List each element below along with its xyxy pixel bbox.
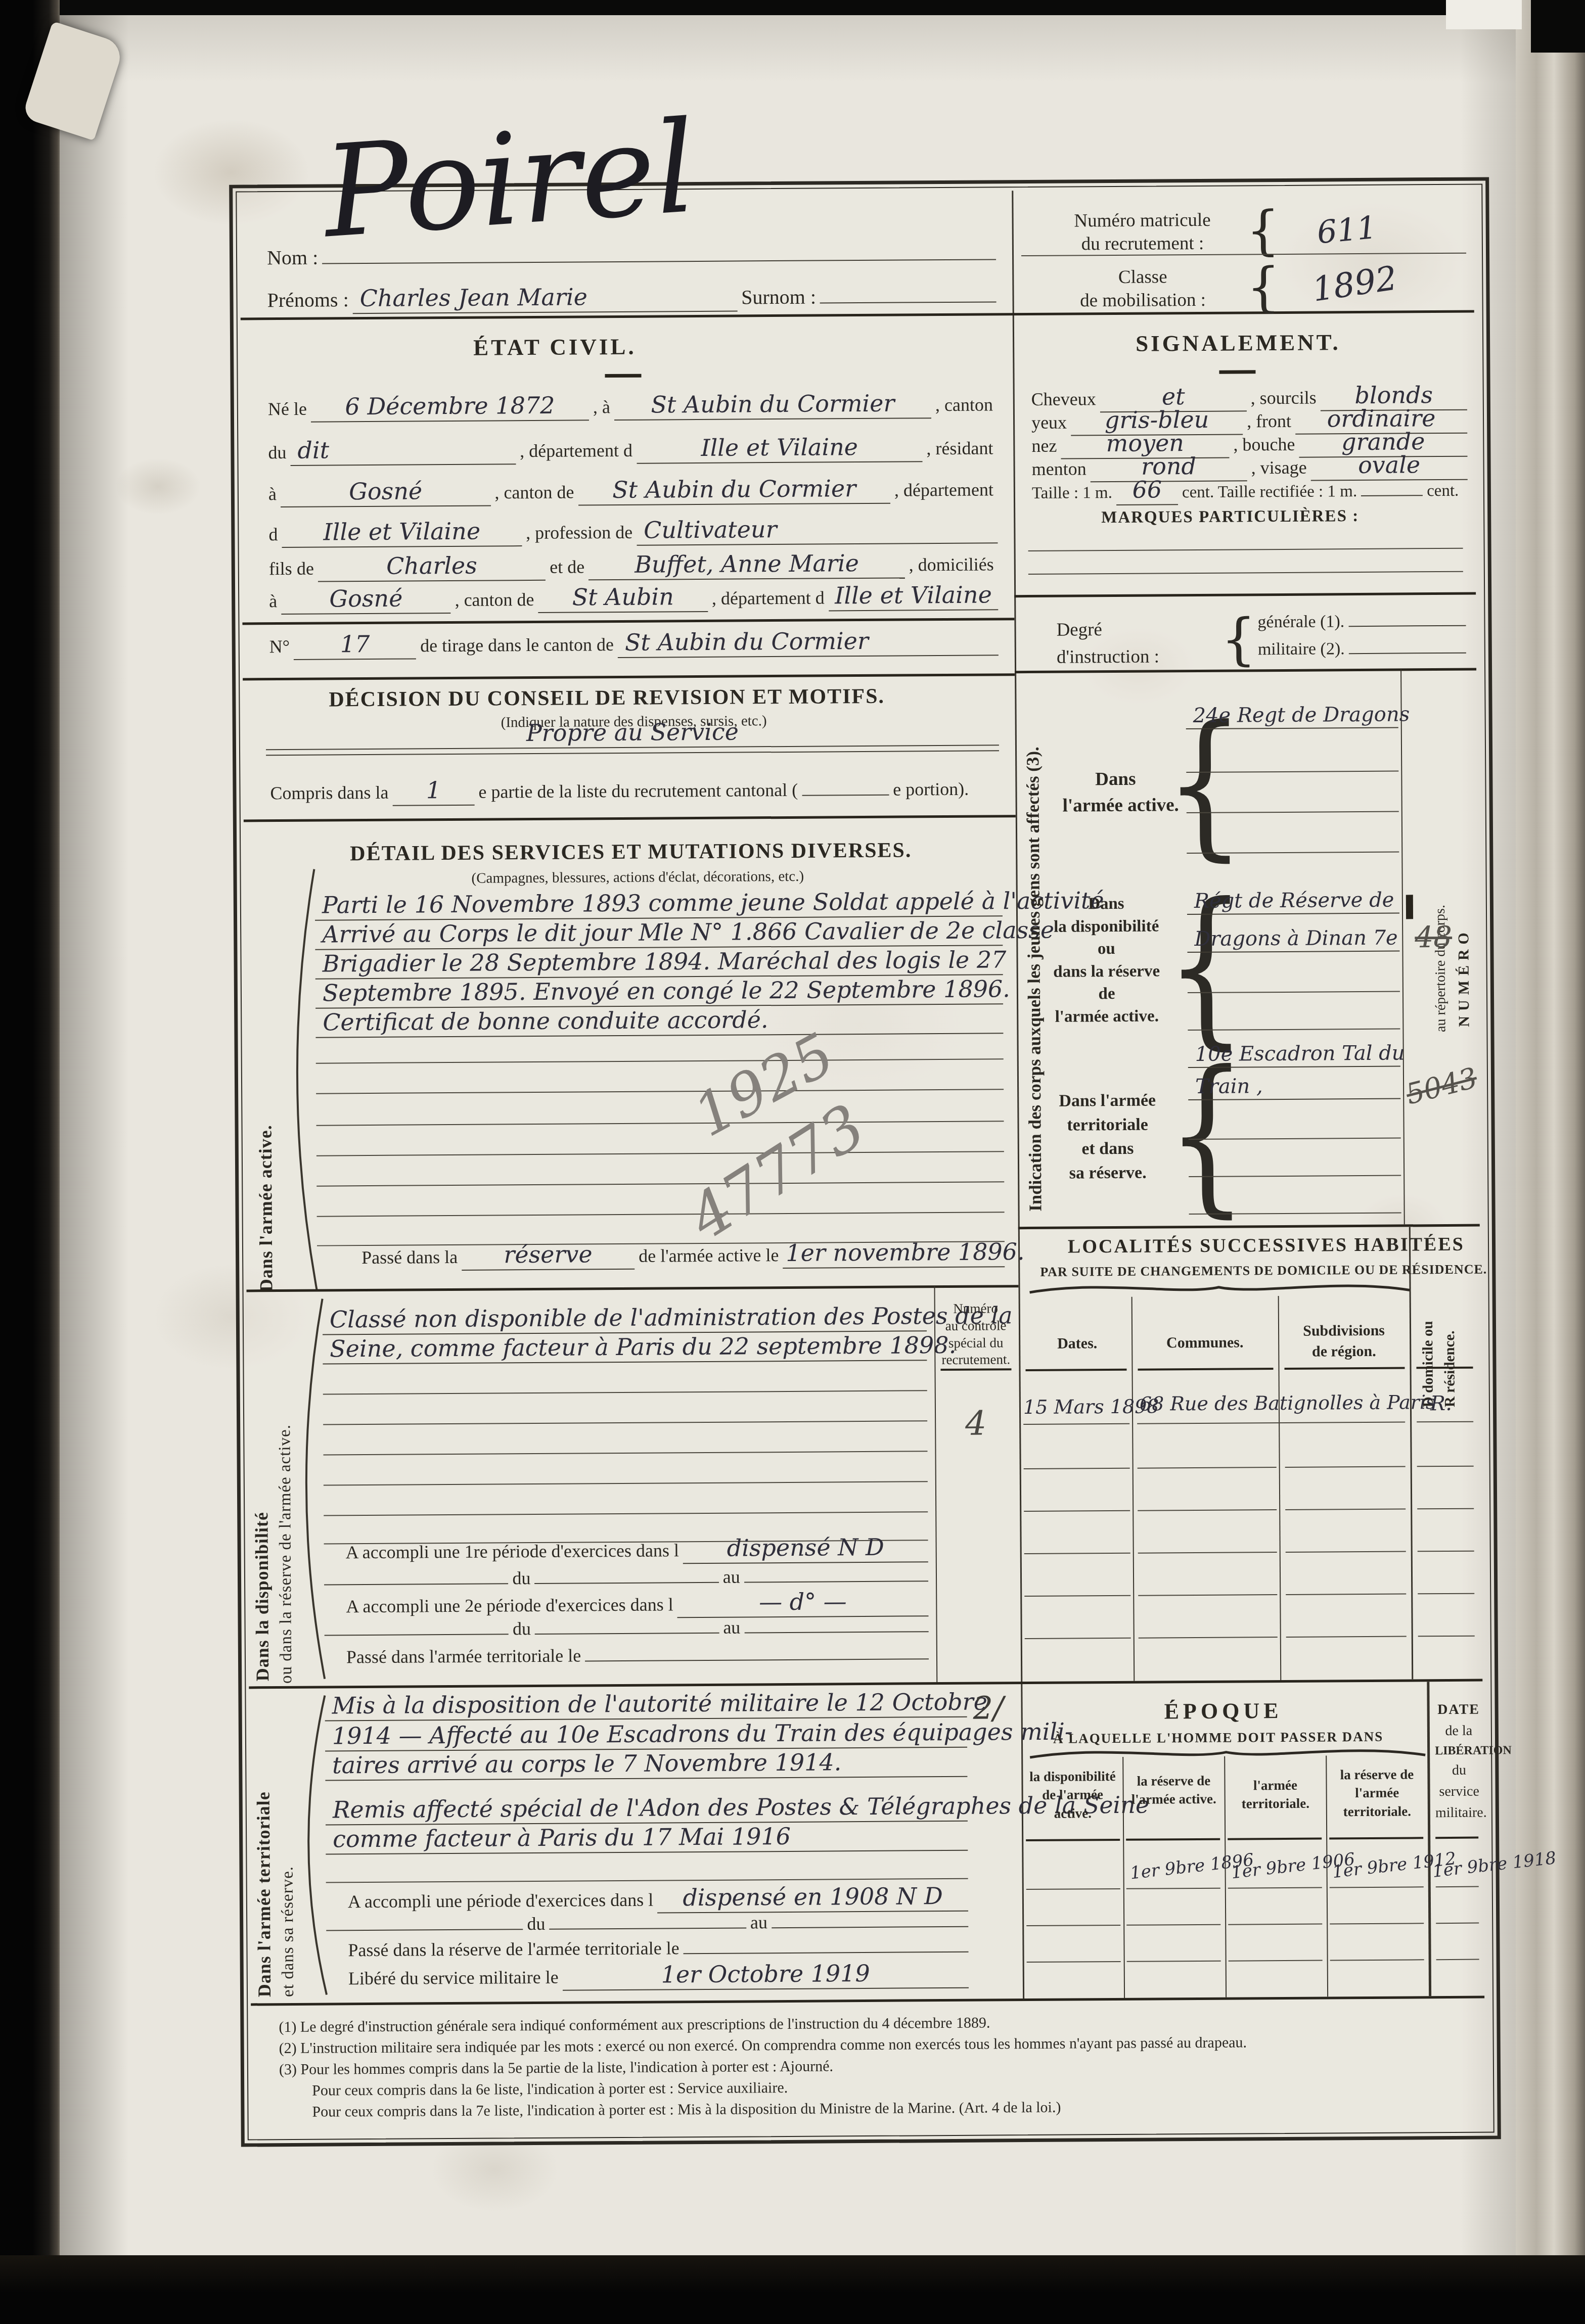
passe-label-2: de l'armée active le <box>635 1244 783 1267</box>
du-label: du <box>509 1618 535 1639</box>
controle-header: Numéroau contrôle spécial durecrutement. <box>936 1300 1016 1369</box>
du-label: du <box>523 1913 549 1934</box>
service-entry-4: Septembre 1895. Envoyé en congé le 22 Se… <box>315 975 1003 1008</box>
matricule-label: Numéro matriculedu recrutement : <box>1041 208 1244 256</box>
compris-row: Compris dans la 1 e partie de la liste d… <box>266 773 999 807</box>
corps-side-label: Indication des corps auxquels les jeunes… <box>1022 691 1046 1212</box>
terr-hw-3: taires arrivé au corps le 7 Novembre 191… <box>325 1748 967 1781</box>
degre-militaire-row: militaire (2). <box>1254 639 1466 660</box>
periode2-label: A accompli une 2e période d'exercices da… <box>342 1594 677 1617</box>
decision-title: DÉCISION DU CONSEIL DE REVISION ET MOTIF… <box>329 684 885 712</box>
taille-row: Taille : 1 m. 66 cent. Taille rectifiée … <box>1028 474 1468 506</box>
dispo-hw-1: Classé non disponible de l'administratio… <box>323 1302 927 1335</box>
blank-rule <box>1024 1510 1130 1512</box>
services-hw-5: Certificat de bonne conduite accordé. <box>315 1004 1003 1038</box>
corps-s2-hw-1: Régt de Réserve de <box>1187 889 1399 915</box>
periode1-au <box>744 1579 928 1583</box>
mobilisation-entry-3: taires arrivé au corps le 7 Novembre 191… <box>325 1748 967 1781</box>
decision-row: Propre au Service <box>266 716 999 750</box>
localites-row-rule-a <box>1023 1423 1129 1425</box>
disponibilite-side-label-2: ou dans la réserve de l'armée active. <box>275 1299 296 1684</box>
localites-col-rule-2 <box>1278 1296 1282 1680</box>
terr-periode-row: A accompli une période d'exercices dans … <box>344 1882 968 1916</box>
blank-rule <box>316 1089 1004 1094</box>
blank-rule <box>1028 571 1463 575</box>
scan-corner-black <box>1531 0 1585 53</box>
epoque-col3-header: l'armée territoriale. <box>1227 1776 1323 1813</box>
passe-territoriale-label: Passé dans l'armée territoriale le <box>342 1645 585 1667</box>
tirage-row: N° 17 de tirage dans le canton de St Aub… <box>265 626 999 660</box>
blank-rule <box>1228 1924 1322 1925</box>
blank-rule <box>1286 1551 1406 1552</box>
services-hw-2: Arrivé au Corps le dit jour Mle N° 1.866… <box>315 916 1003 950</box>
controle-number: 4 <box>965 1404 986 1443</box>
blank-rule <box>1127 1961 1221 1962</box>
epoque-col1-header: la disponibilité de l'armée active. <box>1024 1767 1121 1823</box>
blank-rule <box>1286 1593 1406 1595</box>
blank-rule <box>1285 1466 1406 1467</box>
blank-rule <box>316 1121 1004 1126</box>
profession-value: Cultivateur <box>637 514 998 545</box>
periode1-row: A accompli une 1re période d'exercices d… <box>342 1533 928 1566</box>
tirage-label: de tirage dans le canton de <box>416 634 618 656</box>
res-canton-label: , canton de <box>490 481 578 503</box>
epoque-date-header: DATE de la LIBÉRATION du service militai… <box>1435 1699 1484 1824</box>
postes-telegraphes-entry-1: Remis affecté spécial de l'Adon des Post… <box>326 1792 968 1826</box>
services-hw-1: Parti le 16 Novembre 1893 comme jeune So… <box>315 887 1003 920</box>
epoque-date-col-rule <box>1427 1682 1431 1996</box>
territoriale-side-label-2: et dans sa réserve. <box>277 1699 298 1997</box>
tirage-number: 17 <box>294 630 416 660</box>
degre-label: Degréd'instruction : <box>1056 616 1159 671</box>
surname-signature-handwritten: Poirel <box>319 94 700 266</box>
degre-generale-row: générale (1). <box>1253 612 1466 632</box>
prenoms-row: Prénoms : Charles Jean Marie Surnom : <box>263 281 996 314</box>
decision-blank-row <box>266 749 999 756</box>
taille-value: 66 <box>1116 476 1178 505</box>
blank-rule <box>1028 548 1463 551</box>
classe-brace: { <box>1246 261 1280 314</box>
footnote-3: (3) Pour les hommes compris dans la 5e p… <box>279 2058 833 2078</box>
epoque-col4-header: la réserve de l'armée territoriale. <box>1329 1765 1425 1821</box>
generale-value <box>1348 624 1466 627</box>
localites-header-rule-d <box>1416 1367 1473 1369</box>
postes-telegraphes-entry-2: comme facteur à Paris du 17 Mai 1916 <box>326 1822 968 1855</box>
postes-entry-1: Classé non disponible de l'administratio… <box>323 1302 927 1335</box>
numero-repertoire-label-1: NUMÉRO <box>1454 699 1473 1027</box>
passe-reserve-row: Passé dans la réserve de l'armée active … <box>357 1238 1005 1271</box>
content-bottom-rule <box>251 1996 1484 2006</box>
localites-header-rule-c <box>1285 1367 1405 1369</box>
corps-s2-label: Dansla disponibilitéou dans la réservede… <box>1046 892 1168 1028</box>
blank-rule <box>1229 1960 1323 1962</box>
matricule-value: 611 <box>1316 209 1379 251</box>
blank-rule <box>1418 1551 1474 1552</box>
profession-label: , profession de <box>522 522 637 543</box>
blank-rule <box>1024 1468 1130 1469</box>
mobilisation-entry-1: Mis à la disposition de l'autorité milit… <box>325 1688 967 1722</box>
scan-corner-paper <box>1446 0 1522 29</box>
birth-place: St Aubin du Cormier <box>614 389 931 421</box>
services-subtitle: (Campagnes, blessures, actions d'éclat, … <box>471 868 804 887</box>
periode1-dates-row: du au <box>324 1565 928 1590</box>
passe-label-1: Passé dans la <box>357 1246 462 1268</box>
blank-line <box>266 749 999 756</box>
passe-territoriale-date <box>585 1657 929 1661</box>
periode2-du <box>535 1632 719 1635</box>
localites-col-subdiv: Subdivisionsde région. <box>1286 1321 1402 1362</box>
book-binding-shadow <box>0 0 60 2324</box>
blank-rule <box>316 1181 1004 1186</box>
canton-label: , canton <box>931 394 997 415</box>
ec-row-4: d Ille et Vilaine , profession de Cultiv… <box>264 514 998 548</box>
blank-rule <box>1126 1924 1220 1926</box>
residence-canton: St Aubin du Cormier <box>578 475 890 506</box>
blank-rule <box>1024 1553 1130 1554</box>
blank-rule <box>316 1151 1004 1156</box>
taille-rectifiee-value <box>1361 494 1423 496</box>
service-entry-1: Parti le 16 Novembre 1893 comme jeune So… <box>315 887 1003 920</box>
terr-hw-4: Remis affecté spécial de l'Adon des Post… <box>326 1792 968 1826</box>
localites-row-date: 15 Mars 1898 <box>1023 1395 1159 1418</box>
taille-label: Taille : 1 m. <box>1028 484 1116 503</box>
blank-rule <box>324 1481 928 1485</box>
corps-s2-hw-2: Dragons à Dinan 7e <box>1187 926 1399 953</box>
repertoire-number-48: 48 <box>1415 920 1452 954</box>
footnote-5: Pour ceux compris dans la 7e liste, l'in… <box>312 2099 1061 2121</box>
ec-row-3: à Gosné , canton de St Aubin du Cormier … <box>264 474 998 507</box>
blank-rule <box>1285 1508 1406 1510</box>
localites-dr-header-1: D domicile ou <box>1419 1235 1437 1407</box>
periode1-label: A accompli une 1re période d'exercices d… <box>342 1540 683 1563</box>
localites-col-dates: Dates. <box>1028 1333 1126 1355</box>
tirage-canton: St Aubin du Cormier <box>618 626 999 658</box>
blank-rule <box>323 1420 927 1425</box>
au-label: au <box>719 1566 744 1587</box>
ec-row-6: à Gosné , canton de St Aubin , départeme… <box>265 581 998 615</box>
footnote-4: Pour ceux compris dans la 6e liste, l'in… <box>312 2079 788 2100</box>
compris-label-3: e portion). <box>889 778 973 800</box>
epoque-col-rule-2 <box>1224 1756 1227 1997</box>
cent-label: cent. <box>1423 482 1463 500</box>
surnom-value <box>820 300 997 303</box>
localites-dr-col-rule <box>1409 1227 1413 1679</box>
corps-s1-label: Dansl'armée active. <box>1062 766 1169 819</box>
ne-le-label: Né le <box>264 398 311 420</box>
corps-reserve-value-2: Dragons à Dinan 7e <box>1187 926 1399 953</box>
birth-canton: dit <box>290 435 516 466</box>
libere-row: Libéré du service militaire le 1er Octob… <box>344 1959 969 1992</box>
localites-header-rule-a <box>1026 1369 1127 1371</box>
ec-bottom-rule <box>242 618 1014 625</box>
numero-tick <box>1406 895 1413 919</box>
domicilies-label: , domiciliés <box>905 553 998 575</box>
localites-row-rule-b <box>1137 1421 1405 1424</box>
blank-rule <box>1138 1467 1277 1469</box>
prenoms-value: Charles Jean Marie <box>353 283 738 314</box>
epoque-header-rule-5 <box>1435 1837 1478 1839</box>
services-title: DÉTAIL DES SERVICES ET MUTATIONS DIVERSE… <box>350 838 912 866</box>
blank-rule <box>1025 1638 1131 1639</box>
passe-territoriale-row: Passé dans l'armée territoriale le <box>342 1643 929 1667</box>
blank-rule <box>1138 1594 1277 1596</box>
terr-dates-row: du au <box>326 1911 968 1936</box>
ec-row-1: Né le 6 Décembre 1872 , à St Aubin du Co… <box>264 389 997 423</box>
terr-hw-5: comme facteur à Paris du 17 Mai 1916 <box>326 1822 968 1855</box>
libere-date: 1er Octobre 1919 <box>562 1959 969 1991</box>
passe-corps: réserve <box>462 1240 635 1271</box>
dom-canton-label: , canton de <box>450 589 538 611</box>
footnote-2: (2) L'instruction militaire sera indiqué… <box>279 2034 1247 2057</box>
terr-du <box>550 1926 746 1929</box>
blank-line <box>324 1582 508 1585</box>
dept-d-label: d <box>264 524 282 545</box>
residant-label: , résidant <box>922 437 997 459</box>
au-label: au <box>719 1616 744 1638</box>
blank-rule <box>1138 1552 1277 1554</box>
domicile-canton: St Aubin <box>538 583 708 613</box>
corps-territoriale-value-2: Train , <box>1188 1074 1400 1101</box>
tirage-no-label: N° <box>265 636 294 657</box>
localites-row-rule-c <box>1417 1421 1473 1423</box>
localites-curly-rule <box>1027 1281 1412 1295</box>
book-page-stack-edge <box>1516 0 1585 2324</box>
taille-rectifiee-label: cent. Taille rectifiée : 1 m. <box>1178 482 1361 502</box>
signalement-title: SIGNALEMENT. <box>1136 329 1341 356</box>
decision-bottom-rule <box>244 815 1016 822</box>
localites-col-communes: Communes. <box>1139 1332 1271 1354</box>
tirage-bottom-rule <box>243 673 1015 680</box>
epoque-row-rule-1c <box>1228 1887 1322 1889</box>
epoque-row-rule-1a <box>1026 1888 1120 1890</box>
blank-rule <box>317 1212 1005 1217</box>
departement-label: , département d <box>516 440 637 461</box>
blank-rule <box>323 1390 927 1395</box>
domicile-departement: Ille et Vilaine <box>829 581 999 611</box>
ec-row-5: fils de Charles et de Buffet, Anne Marie… <box>265 548 998 582</box>
reserve-territoriale-date <box>684 1950 969 1954</box>
passe-date: 1er novembre 1896. <box>783 1238 1005 1269</box>
marques-title: MARQUES PARTICULIÈRES : <box>1101 507 1359 527</box>
periode1-du <box>534 1581 718 1584</box>
etat-civil-title-dash <box>605 374 641 378</box>
corps-territoriale-value-1: 10e Escadron Tal du <box>1188 1042 1400 1068</box>
epoque-title: ÉPOQUE <box>1164 1698 1282 1724</box>
epoque-header-rule-4 <box>1329 1837 1423 1839</box>
degre-brace: { <box>1220 611 1256 667</box>
domicile-commune: Gosné <box>281 584 451 615</box>
repertoire-number-5043: 5043 <box>1402 1061 1480 1111</box>
reserve-territoriale-label: Passé dans la réserve de l'armée territo… <box>344 1937 683 1961</box>
service-entry-5: Certificat de bonne conduite accordé. <box>315 1004 1003 1038</box>
blank-rule <box>1436 1959 1479 1961</box>
surnom-label: Surnom : <box>737 285 820 309</box>
father-name: Charles <box>318 551 546 582</box>
blank-rule <box>1138 1509 1277 1511</box>
blank-rule <box>1330 1959 1424 1961</box>
localites-row-commune: 68 Rue des Batignolles à Paris <box>1140 1391 1436 1415</box>
localites-title: LOCALITÉS SUCCESSIVES HABITÉES <box>1068 1233 1465 1258</box>
dom-a-label: à <box>265 590 281 612</box>
blank-rule <box>1330 1923 1424 1924</box>
nom-label: Nom : <box>263 246 322 270</box>
residence-commune: Gosné <box>281 477 491 507</box>
corps-s3-hw-1: 10e Escadron Tal du <box>1188 1042 1400 1068</box>
services-bottom-rule <box>247 1285 1019 1292</box>
militaire-value <box>1349 652 1466 654</box>
terr-hw-1: Mis à la disposition de l'autorité milit… <box>325 1688 967 1722</box>
ec-row-2: du dit , département d Ille et Vilaine ,… <box>264 432 997 466</box>
numero-column-rule <box>1400 670 1405 1225</box>
blank-rule <box>1024 1595 1130 1597</box>
terr-hw-2: 1914 — Affecté au 10e Escadrons du Train… <box>325 1718 967 1752</box>
blank-rule <box>316 1058 1004 1063</box>
epoque-row-rule-1b <box>1126 1888 1220 1889</box>
periode2-dates-row: du au <box>325 1615 929 1640</box>
classe-label: Classede mobilisation : <box>1041 265 1244 313</box>
localites-header-rule-b <box>1138 1368 1274 1371</box>
mobilisation-entry-2: 1914 — Affecté au 10e Escadrons du Train… <box>325 1718 967 1752</box>
res-a-label: à <box>264 483 281 504</box>
compris-partie: 1 <box>392 776 474 806</box>
reserve-territoriale-row: Passé dans la réserve de l'armée territo… <box>344 1936 968 1961</box>
blank-rule <box>1417 1466 1474 1467</box>
birth-departement: Ille et Vilaine <box>637 433 923 463</box>
terr-periode-value: dispensé en 1908 N D <box>657 1882 968 1914</box>
epoque-header-rule-2 <box>1126 1838 1220 1841</box>
document-frame: Nom : Prénoms : Charles Jean Marie Surno… <box>229 177 1501 2147</box>
militaire-label: militaire (2). <box>1254 639 1349 659</box>
blank-rule <box>1436 1923 1479 1924</box>
epoque-col-rule-3 <box>1326 1755 1328 1996</box>
epoque-header-rule-1 <box>1026 1839 1120 1841</box>
localites-dr-header-2: R résidence. <box>1441 1235 1459 1407</box>
territoriale-side-label-1: Dans l'armée territoriale <box>252 1699 275 1997</box>
compris-portion <box>802 794 889 796</box>
matricule-brace: { <box>1246 204 1280 257</box>
blank-rule <box>1027 1961 1121 1963</box>
corps-reserve-value-1: Régt de Réserve de <box>1187 889 1399 915</box>
postes-entry-2: Seine, comme facteur à Paris du 22 septe… <box>323 1331 927 1364</box>
localites-row-dr: R. <box>1430 1392 1452 1415</box>
a-label: , à <box>589 396 614 417</box>
corps-s3-brace: { <box>1166 1048 1248 1219</box>
epoque-col2-header: la réserve de l'armée active. <box>1125 1772 1221 1809</box>
res-departement-label: , département <box>890 479 998 500</box>
epoque-header-rule-3 <box>1228 1838 1322 1840</box>
corps-s3-label: Dans l'arméeterritorialeet danssa réserv… <box>1047 1088 1168 1185</box>
au-label: au <box>746 1912 772 1933</box>
corps-active-value: 24e Regt de Dragons <box>1186 703 1398 730</box>
corps-bottom-rule <box>1018 1224 1480 1230</box>
periode1-value: dispensé N D <box>683 1533 928 1564</box>
terr-au <box>772 1925 968 1928</box>
prenoms-label: Prénoms : <box>263 288 352 312</box>
service-entry-2: Arrivé au Corps le dit jour Mle N° 1.866… <box>315 916 1003 950</box>
numero-repertoire-label-2: au répertoire du corps. <box>1431 693 1449 1032</box>
dom-dept-label: , département d <box>708 587 829 609</box>
terr-periode-label: A accompli une période d'exercices dans … <box>344 1889 657 1913</box>
periode2-row: A accompli une 2e période d'exercices da… <box>342 1587 928 1620</box>
compris-label-1: Compris dans la <box>266 782 392 804</box>
epoque-subtitle: À LAQUELLE L'HOMME DOIT PASSER DANS <box>1053 1729 1384 1747</box>
generale-label: générale (1). <box>1253 612 1348 632</box>
et-de-label: et de <box>546 556 588 578</box>
birth-date: 6 Décembre 1872 <box>311 391 589 422</box>
disponibilite-bottom-rule <box>249 1679 1482 1689</box>
scan-bottom-strip <box>0 2255 1585 2324</box>
service-entry-3: Brigadier le 28 Septembre 1894. Maréchal… <box>315 946 1003 979</box>
fils-de-label: fils de <box>265 558 318 580</box>
blank-rule <box>1286 1636 1407 1637</box>
blank-rule <box>1417 1508 1474 1510</box>
residence-departement: Ille et Vilaine <box>282 517 522 548</box>
footnote-1: (1) Le degré d'instruction générale sera… <box>279 2015 990 2036</box>
du-label: du <box>264 442 290 463</box>
blank-line <box>326 1928 523 1931</box>
classe-value: 1892 <box>1310 258 1399 309</box>
blank-rule <box>1418 1636 1475 1637</box>
decision-value: Propre au Service <box>266 716 999 750</box>
services-hw-4: Septembre 1895. Envoyé en congé le 22 Se… <box>315 975 1003 1008</box>
epoque-row-rule-1d <box>1330 1886 1424 1888</box>
blank-rule <box>1026 1925 1120 1926</box>
disponibilite-side-label-1: Dans la disponibilité <box>250 1307 274 1681</box>
blank-line <box>325 1633 509 1636</box>
services-side-label: Dans l'armée active. <box>253 872 277 1292</box>
signalement-bottom-rule <box>1014 592 1476 598</box>
blank-rule <box>324 1451 928 1455</box>
periode2-value: — d° — <box>677 1587 928 1618</box>
etat-civil-title: ÉTAT CIVIL. <box>473 334 637 361</box>
mother-name: Buffet, Anne Marie <box>588 549 905 580</box>
blank-rule <box>1418 1593 1474 1595</box>
periode2-au <box>744 1630 928 1633</box>
epoque-curly-rule <box>1028 1746 1427 1760</box>
epoque-row-rule-1e <box>1436 1886 1479 1888</box>
compris-label-2: e partie de la liste du recrutement cant… <box>474 779 802 803</box>
du-label: du <box>508 1567 534 1589</box>
signalement-title-dash <box>1219 370 1255 374</box>
corps-s3-hw-2: Train , <box>1188 1074 1400 1101</box>
dispo-hw-2: Seine, comme facteur à Paris du 22 septe… <box>323 1331 927 1364</box>
localites-col-rule-1 <box>1131 1297 1135 1681</box>
blank-rule <box>1139 1637 1278 1639</box>
libere-label: Libéré du service militaire le <box>344 1967 563 1989</box>
corps-s1-hw-row: 24e Regt de Dragons <box>1186 703 1398 730</box>
blank-rule <box>324 1511 928 1516</box>
services-hw-3: Brigadier le 28 Septembre 1894. Maréchal… <box>315 946 1003 979</box>
